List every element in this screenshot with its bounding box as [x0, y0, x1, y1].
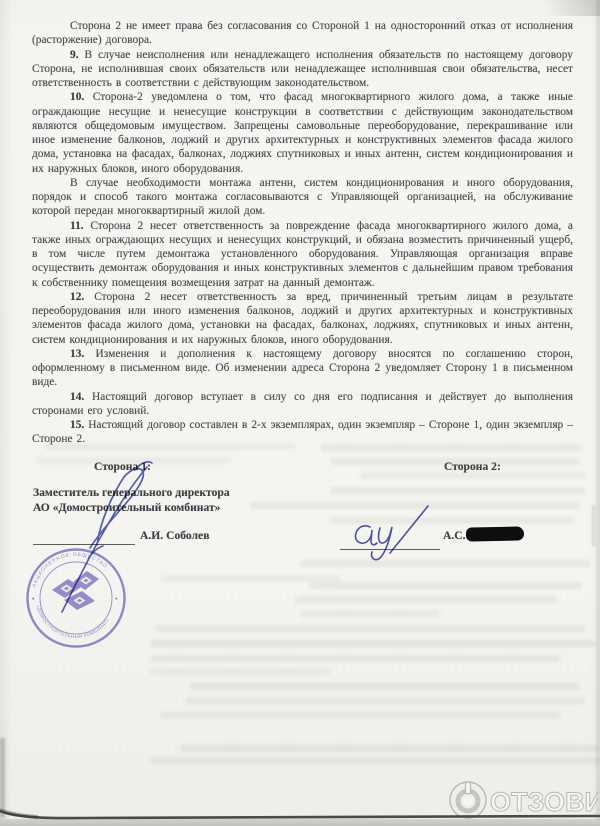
party1-handwritten-signature [30, 450, 200, 650]
scan-edge-shadow [0, 738, 5, 818]
paragraph-text: В случае неисполнения или ненадлежащего … [32, 49, 573, 90]
bleed-through-line [300, 610, 440, 617]
bleed-through-line [160, 712, 560, 719]
paragraph-text: В случае необходимости монтажа антенн, с… [32, 177, 573, 218]
bleed-through-line [180, 745, 600, 752]
bleed-through-line [310, 582, 582, 589]
contract-paragraph: В случае необходимости монтажа антенн, с… [32, 176, 573, 219]
paragraph-number: 10. [70, 91, 84, 103]
paragraph-number: 12. [70, 291, 84, 303]
contract-paragraph: 13. Изменения и дополнения к настоящему … [32, 347, 573, 390]
redacted-surname-bar [466, 526, 524, 541]
contract-paragraph: 11. Сторона 2 несет ответственность за п… [32, 219, 573, 290]
paragraph-number: 14. [70, 391, 84, 403]
bleed-through-line [150, 757, 600, 764]
contract-paragraph: 14. Настоящий договор вступает в силу со… [32, 390, 573, 419]
paragraph-number: 9. [70, 49, 79, 61]
party2-header: Сторона 2: [444, 460, 501, 473]
contract-paragraph: 12. Сторона 2 несет ответственность за в… [32, 290, 573, 347]
contract-paragraph: 15. Настоящий договор составлен в 2-х эк… [32, 418, 573, 447]
paragraph-number: 11. [70, 220, 84, 232]
bleed-through-line [155, 625, 585, 632]
contract-paragraph: Сторона 2 не имеет права без согласовани… [32, 19, 573, 48]
bleed-through-line [592, 505, 595, 547]
bleed-through-line [185, 697, 585, 704]
bleed-through-line [150, 668, 330, 675]
bleed-through-line [190, 683, 580, 690]
contract-paragraph: 10. Сторона-2 уведомлена о том, что фаса… [32, 90, 573, 176]
scan-edge-shadow-right [596, 0, 600, 820]
paragraph-text: Сторона 2 не имеет права без согласовани… [32, 20, 573, 46]
paragraph-number: 15. [70, 419, 84, 431]
paragraph-text: Сторона-2 уведомлена о том, что фасад мн… [32, 91, 573, 174]
bleed-through-line [295, 596, 557, 603]
paragraph-text: Настоящий договор составлен в 2-х экземп… [32, 419, 573, 445]
paragraph-text: Сторона 2 несет ответственность за повре… [32, 220, 573, 289]
paragraph-number: 13. [70, 348, 84, 360]
scan-corner-shadow [522, 0, 600, 16]
bleed-through-line [150, 655, 560, 662]
bleed-through-line [150, 640, 595, 647]
page-bottom-edge [0, 800, 600, 826]
bleed-through-line [330, 487, 585, 494]
bleed-through-line [360, 472, 585, 479]
party2-handwritten-signature [340, 495, 450, 565]
paragraph-text: Настоящий договор вступает в силу со дня… [32, 391, 573, 417]
paragraph-text: Изменения и дополнения к настоящему дого… [32, 348, 573, 389]
contract-paragraph: 9. В случае неисполнения или ненадлежаще… [32, 48, 573, 91]
paragraph-text: Сторона 2 несет ответственность за вред,… [32, 291, 573, 346]
scanned-contract-page: Сторона 2 не имеет права без согласовани… [0, 0, 600, 826]
contract-body-text: Сторона 2 не имеет права без согласовани… [32, 19, 573, 447]
